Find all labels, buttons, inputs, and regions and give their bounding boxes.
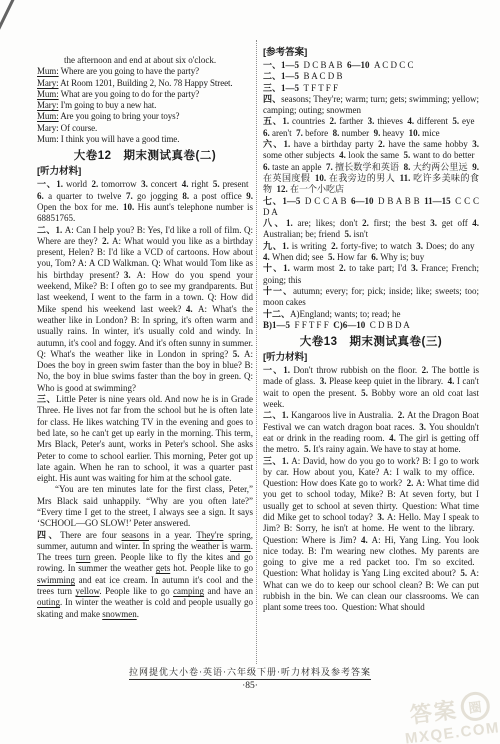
text-segment: . xyxy=(137,609,139,619)
listening-material-label-2: [听力材料] xyxy=(263,352,479,364)
text-segment: countries xyxy=(292,116,330,126)
text-segment: hot. People like to go xyxy=(170,563,253,573)
text-segment: 4. xyxy=(182,179,192,189)
text-segment: 四、 xyxy=(263,94,281,104)
text-segment: 5. xyxy=(460,568,470,578)
text-segment: 6—10 xyxy=(351,196,374,206)
watermark-circle-icon: 圈 xyxy=(458,690,490,722)
text-segment: 1. xyxy=(282,241,292,251)
answer-line: 十二、A)England; wants; to; read; he xyxy=(263,309,479,320)
text-segment: snowmen xyxy=(102,609,137,619)
dialogue-line: Mary: At Room 1201, Building 2, No. 78 H… xyxy=(37,78,253,89)
right-column: [参考答案] 一、1—5 D C B A B 6—10 A C D C C二、1… xyxy=(263,46,479,614)
text-segment: 一、 xyxy=(37,179,56,189)
text-segment: 4. xyxy=(448,376,457,386)
text-segment: 1—5 xyxy=(281,71,299,81)
text-segment: 2. xyxy=(407,478,416,488)
answer-line: 五、1. countries 2. farther 3. thieves 4. … xyxy=(263,116,479,139)
text-segment: to take part; I'd xyxy=(349,263,411,273)
text-segment: yellow xyxy=(75,586,99,596)
text-segment: a post office xyxy=(193,191,246,201)
text-segment: warm most xyxy=(293,263,339,273)
text-segment: 2. xyxy=(339,263,349,273)
text-segment: 3. xyxy=(472,139,479,149)
text-segment: camping xyxy=(173,586,204,596)
text-segment: 十二、 xyxy=(263,309,290,319)
text-segment: 5. xyxy=(233,349,244,359)
text-segment: right xyxy=(191,179,213,189)
text-segment: turn xyxy=(76,552,91,562)
book-title-line: 拉网提优大小卷·英语·六年级下册·听力材料及参考答案 xyxy=(129,665,371,680)
text-segment: 2. xyxy=(422,365,432,375)
material-paragraph: 一、1. world 2. tomorrow 3. concert 4. rig… xyxy=(37,179,253,224)
text-segment: 1. xyxy=(283,263,293,273)
text-segment: 3. xyxy=(416,241,426,251)
text-segment: 5. xyxy=(361,388,371,398)
text-segment: When did; see xyxy=(272,252,328,262)
text-segment: D C B A B xyxy=(299,60,347,70)
text-segment: 2. xyxy=(362,218,374,228)
text-segment: Australian; be; friend xyxy=(263,229,344,239)
text-segment: 4. xyxy=(407,116,417,126)
dialogue-line: Mum: Are you going to bring your toys? xyxy=(37,111,253,122)
page-corner-artifact xyxy=(0,0,15,33)
text-segment: 1. xyxy=(56,179,66,189)
material-paragraph: 四、There are four seasons in a year. They… xyxy=(37,530,253,620)
speaker-label: Mary: xyxy=(37,100,59,110)
text-segment: 6—10 xyxy=(343,320,366,330)
text-segment: 2. xyxy=(91,179,101,189)
text-segment: 十、 xyxy=(263,263,283,273)
text-segment: B) xyxy=(263,320,272,330)
text-segment: seasons; They're; warm; turn; gets; swim… xyxy=(263,94,479,115)
dialogue-line: Mum: Where are you going to have the par… xyxy=(37,66,253,77)
speaker-label: Mum: xyxy=(37,111,59,121)
text-segment: Don't throw rubbish on the floor. xyxy=(293,365,421,375)
speaker-label: Mum: xyxy=(37,134,59,144)
text-segment: 2. xyxy=(378,139,388,149)
text-segment: 1—5 xyxy=(281,60,299,70)
text-segment: There are four xyxy=(60,530,121,540)
answer-line: 七、1—5 D C C A B 6—10 D B A B B 11—15 C C… xyxy=(263,196,479,219)
text-segment: 1. xyxy=(282,410,291,420)
text-segment: present xyxy=(223,179,254,189)
text-segment: 5. xyxy=(452,116,462,126)
text-segment: 4. xyxy=(186,304,198,314)
text-segment: 五、 xyxy=(263,116,282,126)
text-segment: 7. xyxy=(126,191,137,201)
text-segment: get off xyxy=(442,218,473,228)
text-segment: 9. xyxy=(374,128,383,138)
text-segment: gets xyxy=(156,563,171,573)
text-segment: 5. xyxy=(404,150,413,160)
text-segment: It's rainy again. We have to stay at hom… xyxy=(313,444,461,454)
text-segment: farther xyxy=(339,116,367,126)
text-segment: some other subjects xyxy=(263,150,339,160)
speaker-label: Mary: xyxy=(37,123,59,133)
text-segment: 四、 xyxy=(37,530,60,540)
text-segment: autumn; every; for; pick; inside; like; … xyxy=(263,286,479,307)
text-segment: 4. xyxy=(389,433,399,443)
text-segment: F F T F F xyxy=(290,320,333,330)
text-segment: seasons xyxy=(122,530,150,540)
dialogue-line: Mary: I'm going to buy a new hat. xyxy=(37,100,253,111)
text-segment: 5. xyxy=(328,252,337,262)
answer-line: 四、seasons; They're; warm; turn; gets; sw… xyxy=(263,94,479,117)
reference-answers-block: 一、1—5 D C B A B 6—10 A C D C C二、1—5 B A … xyxy=(263,60,479,331)
speaker-label: Mary: xyxy=(37,78,59,88)
text-segment: 6. xyxy=(263,162,272,172)
text-segment: world xyxy=(66,179,92,189)
text-segment: 三、 xyxy=(37,394,56,404)
page-footer: 拉网提优大小卷·英语·六年级下册·听力材料及参考答案 ·85· xyxy=(0,662,500,691)
text-segment: 9. xyxy=(246,191,253,201)
text-segment: 九、 xyxy=(263,241,282,251)
text-segment: 6. xyxy=(37,191,48,201)
text-segment: 3. xyxy=(377,512,387,522)
text-segment: 3. xyxy=(320,376,329,386)
text-segment: 1. xyxy=(282,116,292,126)
material-paragraph: 二、1. A: Can I help you? B: Yes, I'd like… xyxy=(37,225,253,394)
text-segment: D C C A B xyxy=(300,196,351,206)
column-divider xyxy=(256,40,257,664)
text-segment: 1—5 xyxy=(281,83,299,93)
text-segment: How far xyxy=(337,252,371,262)
text-segment: 3. xyxy=(368,116,378,126)
text-segment: thieves xyxy=(377,116,407,126)
text-segment: 6. xyxy=(371,252,380,262)
text-segment: B A C D B xyxy=(299,71,343,81)
text-segment: 三、 xyxy=(263,456,282,466)
text-segment: 11—15 xyxy=(424,196,451,206)
text-segment: warm xyxy=(230,541,251,551)
text-segment: 4. xyxy=(472,218,479,228)
text-segment: 1. xyxy=(283,365,293,375)
text-segment: eye xyxy=(462,116,479,126)
text-segment: 8. xyxy=(182,191,193,201)
text-segment: 12. xyxy=(277,184,291,194)
text-segment: 9. xyxy=(472,162,479,172)
text-segment: 3. xyxy=(124,270,137,280)
text-segment: T F T F F xyxy=(299,83,338,93)
text-segment: outing xyxy=(37,597,60,607)
text-segment: Kangaroos live in Australia. xyxy=(291,410,398,420)
text-segment: Why is; buy xyxy=(380,252,424,262)
text-segment: 4. xyxy=(361,535,372,545)
answer-line: 一、1—5 D C B A B 6—10 A C D C C xyxy=(263,60,479,71)
text-segment: C) xyxy=(333,320,343,330)
dialogue-block: Mum: Where are you going to have the par… xyxy=(37,66,253,145)
watermark: 答案 圈 MXQE.COM xyxy=(400,688,500,744)
text-segment: 二、 xyxy=(263,71,281,81)
text-segment: and have an xyxy=(204,586,253,596)
text-segment: 擅长数学和英语 xyxy=(335,162,404,172)
text-segment: different xyxy=(417,116,452,126)
dialogue-line: Mary: Of course. xyxy=(37,123,253,134)
text-segment: 2. xyxy=(398,410,407,420)
text-segment: concert xyxy=(151,179,182,189)
text-segment: 2. xyxy=(102,236,112,246)
material-paragraph: 二、1. Kangaroos live in Australia. 2. At … xyxy=(263,410,479,455)
text-segment: 5. xyxy=(213,179,223,189)
text-segment: before xyxy=(305,128,332,138)
text-segment: 2. xyxy=(330,116,340,126)
text-segment: 7. xyxy=(326,162,335,172)
text-segment: isn't xyxy=(353,229,368,239)
listening-material-paragraphs: 一、1. world 2. tomorrow 3. concert 4. rig… xyxy=(37,179,253,620)
text-segment: 一、 xyxy=(263,60,281,70)
text-segment: 7. xyxy=(296,128,305,138)
text-segment: . People like to go xyxy=(99,586,173,596)
text-segment: taste an apple xyxy=(272,162,326,172)
text-segment: 在一个小吃店 xyxy=(290,184,344,194)
answer-line: 六、1. have a birthday party 2. have the s… xyxy=(263,139,479,195)
text-segment: 10. xyxy=(123,202,138,212)
speaker-label: Mum: xyxy=(37,89,59,99)
text-segment: tomorrow xyxy=(101,179,141,189)
text-segment: aren't xyxy=(272,128,296,138)
text-segment: 七、 xyxy=(263,196,282,206)
text-segment: in a year. xyxy=(149,530,196,540)
text-segment: 8. xyxy=(404,162,413,172)
text-segment: A C D C C xyxy=(370,60,414,70)
text-segment: Open the box for me. xyxy=(37,202,123,212)
answer-line: 十、1. warm most 2. to take part; I'd 3. F… xyxy=(263,263,479,286)
text-segment: 1. xyxy=(286,218,298,228)
text-segment: look the same xyxy=(348,150,403,160)
answer-line: 三、1—5 T F T F F xyxy=(263,83,479,94)
text-segment: Please keep quiet in the library. xyxy=(329,376,448,386)
text-segment: 在我旁边的男人 xyxy=(329,173,400,183)
dialogue-line: Mum: I think you will have a good time. xyxy=(37,134,253,145)
text-segment: They're xyxy=(196,530,223,540)
text-segment: go jogging xyxy=(137,191,182,201)
text-segment: 在英国度假 xyxy=(263,173,315,183)
text-segment: 8. xyxy=(333,128,342,138)
text-segment: 三、 xyxy=(263,83,281,93)
text-segment: 1—5 xyxy=(282,196,300,206)
text-segment: 10. xyxy=(409,128,423,138)
text-segment: 十一、 xyxy=(263,286,293,296)
text-segment: 3. xyxy=(411,263,421,273)
text-segment: 八、 xyxy=(263,218,286,228)
text-segment: A)England; wants; to; read; he xyxy=(290,309,400,319)
text-segment: 4. xyxy=(263,252,272,262)
dialogue-line: Mum: What are you going to do for the pa… xyxy=(37,89,253,100)
text-segment: are; likes; don't xyxy=(298,218,363,228)
reference-answers-label: [参考答案] xyxy=(263,47,479,59)
text-segment: have the same hobby xyxy=(388,139,472,149)
test-13-title: 大卷13 期末测试真卷(三) xyxy=(263,334,479,350)
text-segment: 一、 xyxy=(263,365,283,375)
text-segment: Little Peter is nine years old. And now … xyxy=(37,394,253,483)
continuation-line: the afternoon and end at about six o'clo… xyxy=(37,55,253,66)
text-segment: 3. xyxy=(419,422,429,432)
text-segment: 大约两公里远 xyxy=(413,162,472,172)
text-segment: 10. xyxy=(315,173,329,183)
text-segment: C D B D A xyxy=(365,320,410,330)
text-segment: forty-five; to watch xyxy=(341,241,417,251)
text-segment: mice xyxy=(422,128,440,138)
text-segment: 1. xyxy=(56,225,65,235)
text-segment: 3. xyxy=(430,218,442,228)
answer-line: 八、1. are; likes; don't 2. first; the bes… xyxy=(263,218,479,241)
material-paragraph: 一、1. Don't throw rubbish on the floor. 2… xyxy=(263,365,479,410)
text-segment: number xyxy=(342,128,374,138)
text-segment: 1. xyxy=(283,139,293,149)
left-column: the afternoon and end at about six o'clo… xyxy=(37,55,253,620)
text-segment: D B A B B xyxy=(373,196,424,206)
test-12-title: 大卷12 期末测试真卷(二) xyxy=(37,148,253,164)
answer-line: 十一、autumn; every; for; pick; inside; lik… xyxy=(263,286,479,309)
text-segment: a quarter to twelve xyxy=(48,191,126,201)
text-segment: . In winter the weather is cold and peop… xyxy=(37,597,253,618)
material-paragraph: “You are ten minutes late for the first … xyxy=(37,484,253,529)
answer-line: 九、1. is writing 2. forty-five; to watch … xyxy=(263,241,479,264)
text-segment: 6. xyxy=(263,128,272,138)
text-segment: 1—5 xyxy=(272,320,290,330)
text-segment: first; the best xyxy=(374,218,431,228)
listening-material-label: [听力材料] xyxy=(37,166,253,178)
text-segment: 二、 xyxy=(37,225,56,235)
text-segment: is writing xyxy=(292,241,331,251)
text-segment: 11. xyxy=(400,173,413,183)
text-segment: 5. xyxy=(304,444,313,454)
text-segment: “You are ten minutes late for the first … xyxy=(37,484,253,528)
answer-line: B)1—5 F F T F F C)6—10 C D B D A xyxy=(263,320,479,331)
answer-line: 二、1—5 B A C D B xyxy=(263,71,479,82)
page-number: ·85· xyxy=(0,681,500,691)
text-segment: 六、 xyxy=(263,139,283,149)
scanned-answer-page: the afternoon and end at about six o'clo… xyxy=(0,0,500,744)
text-segment: want to do better xyxy=(413,150,479,160)
text-segment: 6—10 xyxy=(347,60,370,70)
listening-material-paragraphs-2: 一、1. Don't throw rubbish on the floor. 2… xyxy=(263,365,479,614)
material-paragraph: 三、Little Peter is nine years old. And no… xyxy=(37,394,253,484)
text-segment: heavy xyxy=(383,128,409,138)
text-segment: 2. xyxy=(331,241,341,251)
text-segment: 1. xyxy=(282,456,291,466)
text-segment: Does; do any xyxy=(426,241,479,251)
speaker-label: Mum: xyxy=(37,66,59,76)
text-segment: 二、 xyxy=(263,410,282,420)
text-segment: have a birthday party xyxy=(294,139,378,149)
text-segment: swimming xyxy=(37,575,75,585)
text-segment: 3. xyxy=(141,179,151,189)
material-paragraph: 三、1. A: David, how do you go to work? B:… xyxy=(263,456,479,614)
